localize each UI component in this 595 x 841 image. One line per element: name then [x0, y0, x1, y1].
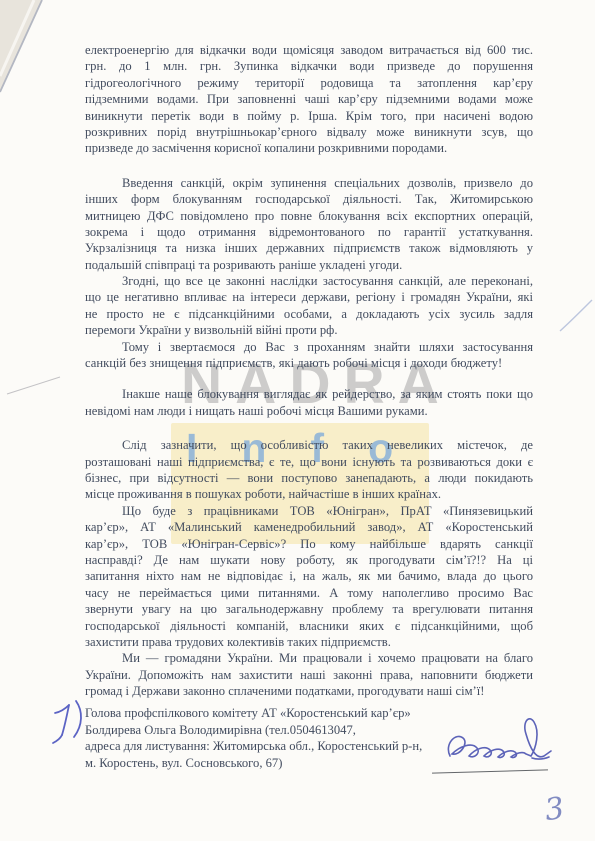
text-line: подальшій співпраці та розривають раніше…: [85, 257, 533, 273]
text-line: господарської діяльності компаній, власн…: [85, 618, 533, 634]
scan-scratch-left: [6, 374, 62, 396]
scanned-letter-page: NADRA Info електроенергію для відкачки в…: [0, 0, 595, 841]
text-paragraph: Введення санкцій, окрім зупинення спеціа…: [85, 175, 533, 273]
text-line: місце проживання в пошуках роботи, найча…: [85, 486, 533, 502]
text-line: Введення санкцій, окрім зупинення спеціа…: [85, 175, 533, 191]
text-line: Слід зазначити, що особливістю таких нев…: [85, 437, 533, 453]
text-paragraph: Тому і звертаємося до Вас з проханням зн…: [85, 339, 533, 372]
text-line: санкцій без знищення підприємств, які да…: [85, 355, 533, 371]
text-line: Тому і звертаємося до Вас з проханням зн…: [85, 339, 533, 355]
text-line: Інакше наше блокування виглядає як рейде…: [85, 386, 533, 402]
text-line: України. Допоможіть нам захистити наші з…: [85, 667, 533, 683]
text-line: кар’єр», АТ «Малинський каменедробильний…: [85, 519, 533, 535]
text-line: перемоги України у визвольній війні прот…: [85, 322, 533, 338]
text-paragraph: Слід зазначити, що особливістю таких нев…: [85, 437, 533, 503]
text-paragraph: електроенергію для відкачки води щомісяц…: [85, 42, 533, 157]
text-line: інших форм блокуванням господарської дія…: [85, 191, 533, 207]
text-line: насправді? Де нам шукати нову роботу, як…: [85, 552, 533, 568]
handwritten-item-number: [50, 697, 84, 745]
text-column: електроенергію для відкачки води щомісяц…: [85, 42, 533, 771]
text-line: часу не переймається цими питаннями. А т…: [85, 585, 533, 601]
text-line: грн. до 1 млн. грн. Зупинка відкачки вод…: [85, 58, 533, 74]
text-line: звернути увагу на цю загальнодержавну пр…: [85, 601, 533, 617]
signature-scribble: [436, 710, 556, 772]
text-line: зокрема і щодо отримання відремонтованог…: [85, 224, 533, 240]
text-line: виникнути перетік води в пойму р. Ірша. …: [85, 108, 533, 124]
text-line: захистити права трудових колективів таки…: [85, 634, 533, 650]
text-paragraph: Ми — громадяни України. Ми працювали і х…: [85, 650, 533, 699]
text-line: Що буде з працівниками ТОВ «Юнігран», Пр…: [85, 503, 533, 519]
text-line: призведе до засмічення корисної копалини…: [85, 140, 533, 156]
text-line: розкривних порід внутрішньокар’єрного ві…: [85, 124, 533, 140]
text-line: що це негативно впливає на інтереси держ…: [85, 289, 533, 305]
text-line: невідомі нам люди і нищать наші робочі м…: [85, 403, 533, 419]
text-paragraph: Що буде з працівниками ТОВ «Юнігран», Пр…: [85, 503, 533, 651]
text-line: запитання ніхто нам не відповідає і, на …: [85, 568, 533, 584]
text-line: бізнес, при відсутності — вони поступово…: [85, 470, 533, 486]
text-line: митницею ДФС повідомлено про повне блоку…: [85, 208, 533, 224]
text-paragraph: Інакше наше блокування виглядає як рейде…: [85, 386, 533, 419]
page-number-handwritten: 3: [543, 791, 567, 828]
text-line: підземними водами. При заповненні чаші к…: [85, 91, 533, 107]
text-line: електроенергію для відкачки води щомісяц…: [85, 42, 533, 58]
text-paragraph: Згодні, що все це законні наслідки засто…: [85, 273, 533, 339]
text-line: не просто не є підсанкційними особами, а…: [85, 306, 533, 322]
text-line: громад і Держави законно сплаченими пода…: [85, 683, 533, 699]
text-line: кар’єр», ТОВ «Юнігран-Сервіс»? По кому н…: [85, 536, 533, 552]
text-line: Ми — громадяни України. Ми працювали і х…: [85, 650, 533, 666]
text-line: розташовані наші підприємства, є те, що …: [85, 454, 533, 470]
page-fold-corner: [0, 0, 48, 100]
text-line: гідрогеологічного режиму території родов…: [85, 75, 533, 91]
text-line: Згодні, що все це законні наслідки засто…: [85, 273, 533, 289]
text-line: Укрзалізниця та низка інших державних пі…: [85, 240, 533, 256]
scan-scratch-right: [558, 298, 594, 334]
